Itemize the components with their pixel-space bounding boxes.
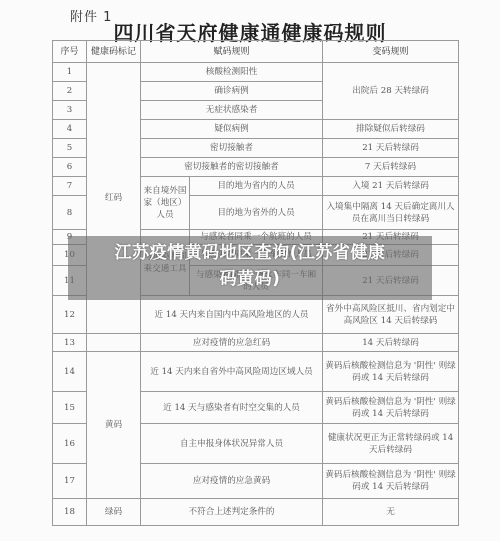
header-mark: 健康码标记 — [87, 41, 141, 63]
row-no: 6 — [53, 158, 87, 177]
row-rule: 近 14 天与感染者有时空交集的人员 — [141, 392, 323, 424]
row-no: 15 — [53, 392, 87, 424]
row-change: 7 天后转绿码 — [323, 158, 459, 177]
table-row: 13 应对疫情的应急红码 14 天后转绿码 — [53, 334, 459, 352]
row-rule: 确诊病例 — [141, 82, 323, 101]
row-change: 黄码后核酸检测信息为 '阴性' 则绿码或 14 天后转绿码 — [323, 352, 459, 392]
document-page: 附件 1 四川省天府健康通健康码规则 序号 健康码标记 赋码规则 变码规则 1 … — [0, 0, 500, 541]
row-rule: 应对疫情的应急黄码 — [141, 464, 323, 499]
overlay-title-line1: 江苏疫情黄码地区查询(江苏省健康 — [68, 240, 432, 266]
row-rule: 核酸检测阳性 — [141, 63, 323, 82]
row-rule: 目的地为省外的人员 — [190, 196, 323, 230]
row-rule: 应对疫情的应急红码 — [141, 334, 323, 352]
row-no: 16 — [53, 424, 87, 464]
header-no: 序号 — [53, 41, 87, 63]
table-row: 18 绿码 不符合上述判定条件的 无 — [53, 499, 459, 526]
table-header-row: 序号 健康码标记 赋码规则 变码规则 — [53, 41, 459, 63]
row-change: 14 天后转绿码 — [323, 334, 459, 352]
row-change: 出院后 28 天转绿码 — [323, 63, 459, 120]
row-no: 8 — [53, 196, 87, 230]
row-rule: 不符合上述判定条件的 — [141, 499, 323, 526]
row-rule: 疑似病例 — [141, 120, 323, 139]
row-change: 入境 21 天后转绿码 — [323, 177, 459, 196]
row-change: 黄码后核酸检测信息为 '阴性' 则绿码或 14 天后转绿码 — [323, 464, 459, 499]
header-change-rule: 变码规则 — [323, 41, 459, 63]
row-rule: 自主申报身体状况异常人员 — [141, 424, 323, 464]
row-change: 健康状况更正为正常转绿码或 14 天后转绿码 — [323, 424, 459, 464]
row-rule: 无症状感染者 — [141, 101, 323, 120]
overlay-title: 江苏疫情黄码地区查询(江苏省健康 码黄码) — [68, 240, 432, 292]
row-no: 4 — [53, 120, 87, 139]
row-rule: 目的地为省内的人员 — [190, 177, 323, 196]
group-yellow: 黄码 — [87, 352, 141, 499]
row-no: 18 — [53, 499, 87, 526]
header-assign-rule: 赋码规则 — [141, 41, 323, 63]
row-no: 3 — [53, 101, 87, 120]
row-change: 省外中高风险区抵川、省内划定中高风险区 14 天后转绿码 — [323, 296, 459, 334]
row-no: 1 — [53, 63, 87, 82]
row-no: 14 — [53, 352, 87, 392]
row-change: 入境集中隔离 14 天后确定离川人员在离川当日转绿码 — [323, 196, 459, 230]
row-rule: 密切接触者的密切接触者 — [141, 158, 323, 177]
row-change: 排除疑似后转绿码 — [323, 120, 459, 139]
row-no: 12 — [53, 296, 87, 334]
row-no: 7 — [53, 177, 87, 196]
row-change: 黄码后核酸检测信息为 '阴性' 则绿码或 14 天后转绿码 — [323, 392, 459, 424]
row-rule: 密切接触者 — [141, 139, 323, 158]
table-row: 14 黄码 近 14 天内来自省外中高风险周边区域人员 黄码后核酸检测信息为 '… — [53, 352, 459, 392]
subgroup-overseas: 来自境外国家（地区）人员 — [141, 177, 190, 230]
table-row: 1 红码 核酸检测阳性 出院后 28 天转绿码 — [53, 63, 459, 82]
group-green: 绿码 — [87, 499, 141, 526]
row-change: 无 — [323, 499, 459, 526]
group-red-cont — [87, 334, 141, 352]
row-rule: 近 14 天内来自国内中高风险地区的人员 — [141, 296, 323, 334]
row-rule: 近 14 天内来自省外中高风险周边区域人员 — [141, 352, 323, 392]
row-no: 2 — [53, 82, 87, 101]
row-no: 5 — [53, 139, 87, 158]
row-no: 17 — [53, 464, 87, 499]
row-change: 21 天后转绿码 — [323, 139, 459, 158]
row-no: 13 — [53, 334, 87, 352]
overlay-title-line2: 码黄码) — [68, 266, 432, 292]
